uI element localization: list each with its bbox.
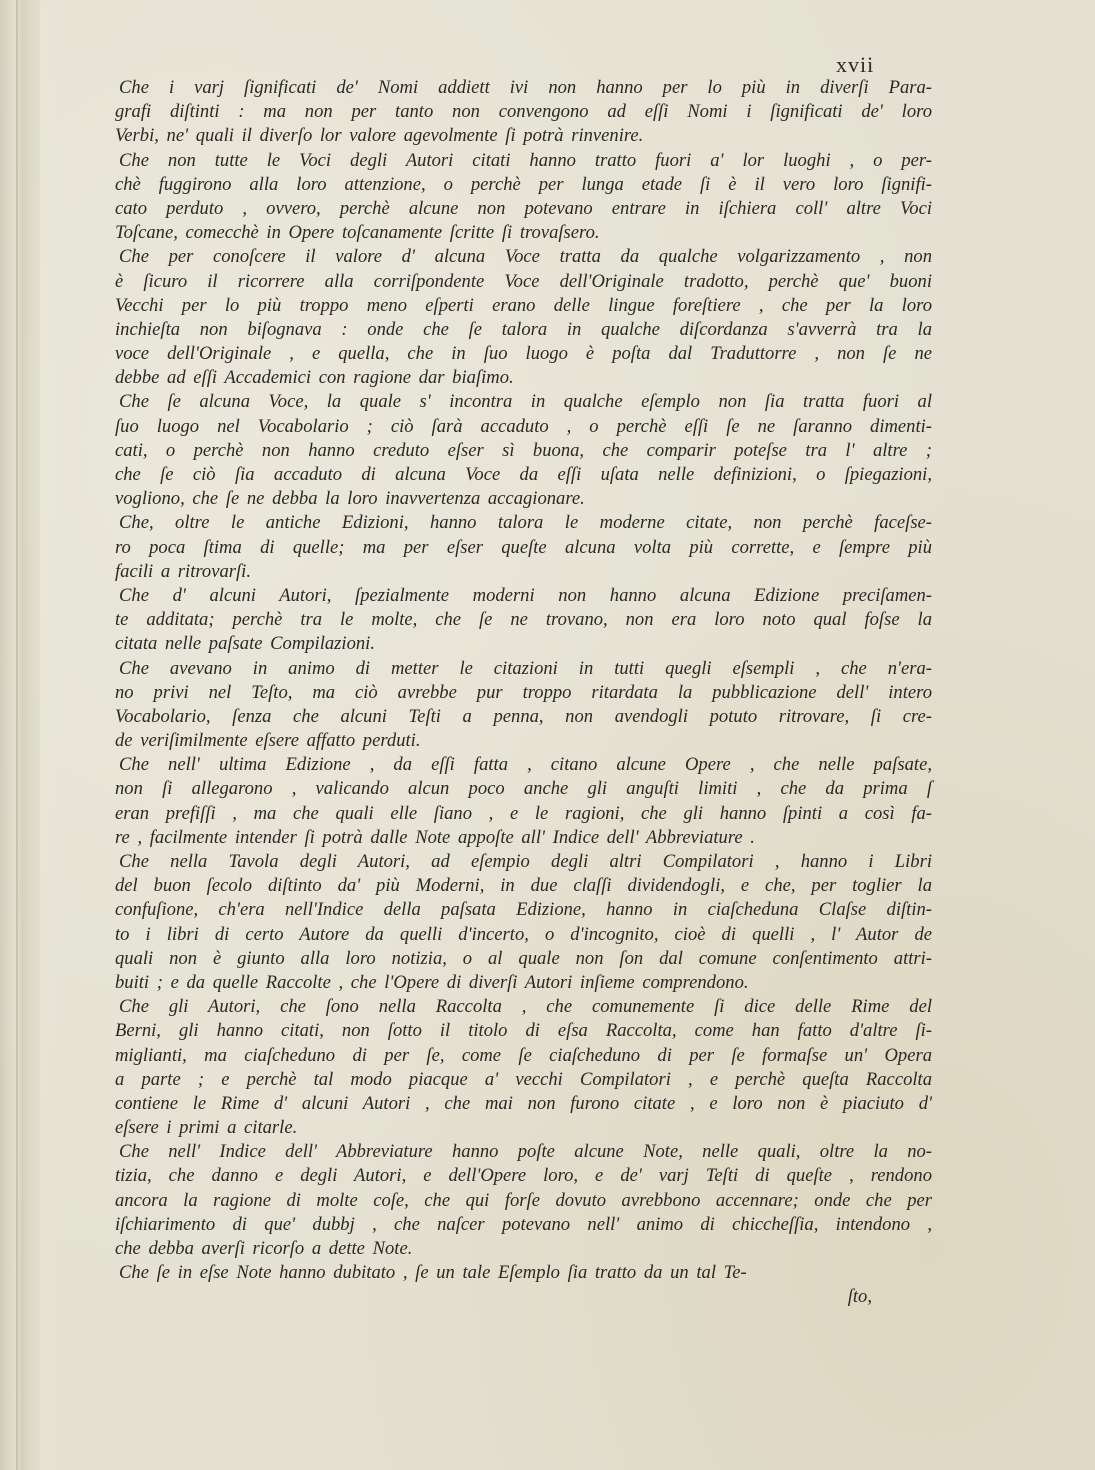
text-line: Che d' alcuni Autori, ſpezialmente moder… <box>115 584 932 608</box>
text-line: Che i varj ſignificati de' Nomi addiett … <box>115 76 932 100</box>
text-line: Che gli Autori, che ſono nella Raccolta … <box>115 995 932 1019</box>
text-line: ancora la ragione di molte coſe, che qui… <box>115 1189 932 1213</box>
paragraph: Che d' alcuni Autori, ſpezialmente moder… <box>115 584 932 657</box>
text-line: contiene le Rime d' alcuni Autori , che … <box>115 1092 932 1116</box>
text-line: ſuo luogo nel Vocabolario ; ciò ſarà acc… <box>115 415 932 439</box>
text-line: Che ſe in eſse Note hanno dubitato , ſe … <box>115 1261 932 1285</box>
text-line: grafi diſtinti : ma non per tanto non co… <box>115 100 932 124</box>
text-line: a parte ; e perchè tal modo piacque a' v… <box>115 1068 932 1092</box>
text-line: Verbi, ne' quali il diverſo lor valore a… <box>115 124 932 148</box>
text-line: to i libri di certo Autore da quelli d'i… <box>115 923 932 947</box>
text-line: miglianti, ma ciaſcheduno di per ſe, com… <box>115 1044 932 1068</box>
text-line: re , facilmente intender ſi potrà dalle … <box>115 826 932 850</box>
text-line: Vecchi per lo più troppo meno eſperti er… <box>115 294 932 318</box>
text-line: cato perduto , ovvero, perchè alcune non… <box>115 197 932 221</box>
text-line: chè fuggirono alla loro attenzione, o pe… <box>115 173 932 197</box>
paragraph: Che i varj ſignificati de' Nomi addiett … <box>115 76 932 149</box>
binding-gutter <box>0 0 40 1470</box>
text-line: quali non è giunto alla loro notizia, o … <box>115 947 932 971</box>
text-line: no privi nel Teſto, ma ciò avrebbe pur t… <box>115 681 932 705</box>
text-line: cati, o perchè non hanno creduto eſser s… <box>115 439 932 463</box>
text-line: confuſione, ch'era nell'Indice della paſ… <box>115 898 932 922</box>
text-line: citata nelle paſsate Compilazioni. <box>115 632 932 656</box>
paragraph: Che, oltre le antiche Edizioni, hanno ta… <box>115 511 932 584</box>
text-line: che ſe ciò ſia accaduto di alcuna Voce d… <box>115 463 932 487</box>
text-line: ro poca ſtima di quelle; ma per eſser qu… <box>115 536 932 560</box>
text-line: Toſcane, comecchè in Opere toſcanamente … <box>115 221 932 245</box>
text-line: facili a ritrovarſi. <box>115 560 932 584</box>
text-line: del buon ſecolo diſtinto da' più Moderni… <box>115 874 932 898</box>
text-line: debbe ad eſſi Accademici con ragione dar… <box>115 366 932 390</box>
paragraph: Che avevano in animo di metter le citazi… <box>115 657 932 754</box>
text-line: Che nella Tavola degli Autori, ad eſempi… <box>115 850 932 874</box>
text-line: Che, oltre le antiche Edizioni, hanno ta… <box>115 511 932 535</box>
text-line: Che per conoſcere il valore d' alcuna Vo… <box>115 245 932 269</box>
text-line: che debba averſi ricorſo a dette Note. <box>115 1237 932 1261</box>
text-line: eſsere i primi a citarle. <box>115 1116 932 1140</box>
paragraph: Che ſe alcuna Voce, la quale s' incontra… <box>115 390 932 511</box>
catchword: ſto, <box>115 1285 932 1309</box>
text-line: voce dell'Originale , e quella, che in ſ… <box>115 342 932 366</box>
text-line: Berni, gli hanno citati, non ſotto il ti… <box>115 1019 932 1043</box>
paragraph: Che nell' ultima Edizione , da eſſi fatt… <box>115 753 932 850</box>
binding-crease <box>16 0 18 1470</box>
paragraph: Che gli Autori, che ſono nella Raccolta … <box>115 995 932 1140</box>
text-line: Che non tutte le Voci degli Autori citat… <box>115 149 932 173</box>
text-line: è ſicuro il ricorrere alla corriſpondent… <box>115 270 932 294</box>
paragraph: Che non tutte le Voci degli Autori citat… <box>115 149 932 246</box>
paragraph: Che per conoſcere il valore d' alcuna Vo… <box>115 245 932 390</box>
text-line: eran prefiſſi , ma che quali elle ſiano … <box>115 802 932 826</box>
page-number: xvii <box>836 52 874 78</box>
text-line: vogliono, che ſe ne debba la loro inavve… <box>115 487 932 511</box>
paragraph: Che ſe in eſse Note hanno dubitato , ſe … <box>115 1261 932 1285</box>
paragraph: Che nell' Indice dell' Abbreviature hann… <box>115 1140 932 1261</box>
page-body: Che i varj ſignificati de' Nomi addiett … <box>115 76 932 1310</box>
text-line: tizia, che danno e degli Autori, e dell'… <box>115 1164 932 1188</box>
text-line: buiti ; e da quelle Raccolte , che l'Ope… <box>115 971 932 995</box>
text-line: de veriſimilmente eſsere affatto perduti… <box>115 729 932 753</box>
text-line: Che ſe alcuna Voce, la quale s' incontra… <box>115 390 932 414</box>
text-line: non ſi allegarono , valicando alcun poco… <box>115 777 932 801</box>
text-line: Che nell' Indice dell' Abbreviature hann… <box>115 1140 932 1164</box>
text-line: Che avevano in animo di metter le citazi… <box>115 657 932 681</box>
paragraph: Che nella Tavola degli Autori, ad eſempi… <box>115 850 932 995</box>
text-line: te additata; perchè tra le molte, che ſe… <box>115 608 932 632</box>
text-line: inchieſta non biſognava : onde che ſe ta… <box>115 318 932 342</box>
text-line: Vocabolario, ſenza che alcuni Teſti a pe… <box>115 705 932 729</box>
text-line: Che nell' ultima Edizione , da eſſi fatt… <box>115 753 932 777</box>
text-line: iſchiarimento di que' dubbj , che naſcer… <box>115 1213 932 1237</box>
